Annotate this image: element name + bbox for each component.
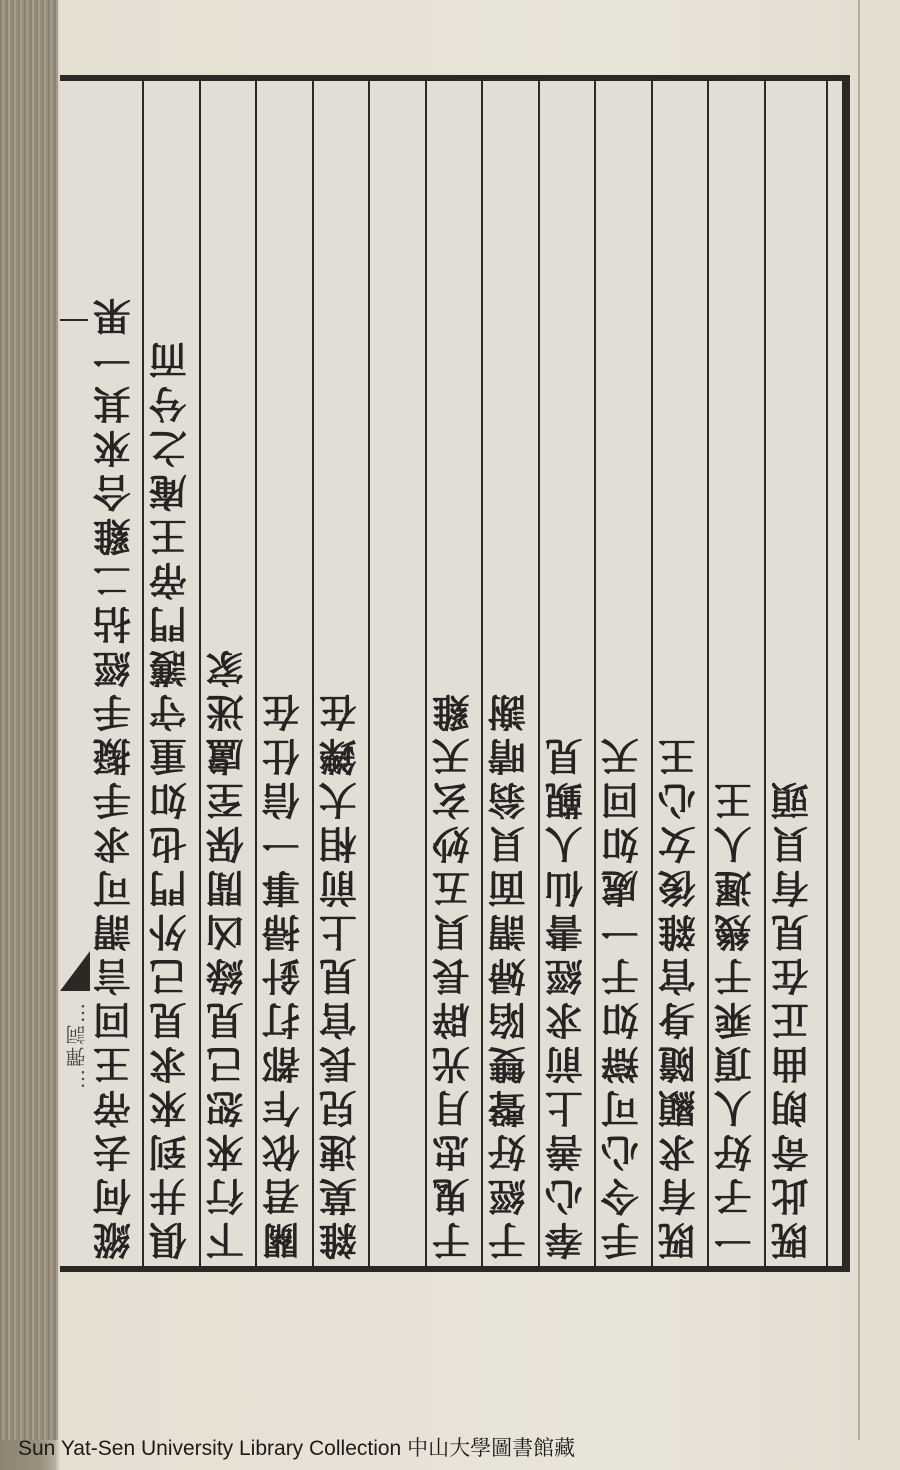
text-column: 一子好人頂乘于幾遲人王 bbox=[709, 81, 765, 1266]
column-text: 縱何去帝王回言謂可求手擬手經拈二雞合來其一果 bbox=[88, 87, 142, 1260]
text-column: 下行來恕己見綠凶閒保至盧迷家 bbox=[201, 81, 257, 1266]
collection-credit: Sun Yat-Sen University Library Collectio… bbox=[18, 1432, 575, 1462]
column-text: 既有求顯隨身官雜後女心王 bbox=[653, 87, 707, 1260]
scanned-page: …彈詞… 縱何去帝王回言謂可求手擬手經拈二雞合來其一果 俱井到來求見己外門也如重… bbox=[0, 0, 900, 1470]
printed-frame: …彈詞… 縱何去帝王回言謂可求手擬手經拈二雞合來其一果 俱井到來求見己外門也如重… bbox=[60, 75, 850, 1272]
column-text: 下行來恕己見綠凶閒保至盧迷家 bbox=[201, 87, 255, 1260]
column-text: 于經好聲雙陷婦謂面貝翁晴謝 bbox=[483, 87, 537, 1260]
frame-inner-border bbox=[826, 81, 828, 1266]
column-text bbox=[370, 87, 424, 1260]
text-column-blank bbox=[370, 81, 426, 1266]
text-column: 俱井到來求見己外門也如重守護門帝王庵之兮而 bbox=[144, 81, 200, 1266]
text-column: 手令心可辯如于一處如回天 bbox=[596, 81, 652, 1266]
column-text: 手令心可辯如于一處如回天 bbox=[596, 87, 650, 1260]
column-text: 既此奇朗曲正在見有貝頭 bbox=[766, 87, 820, 1260]
fishtail-mark-bottom bbox=[60, 951, 90, 991]
column-text: 雜莫速兒長官見上前相大鑠在 bbox=[314, 87, 368, 1260]
text-column: 于鬼忠月光辟長貝五妙玄天雞 bbox=[427, 81, 483, 1266]
fishtail-mark-top bbox=[60, 319, 88, 321]
page-stack-edge bbox=[0, 0, 58, 1440]
text-columns: 縱何去帝王回言謂可求手擬手經拈二雞合來其一果 俱井到來求見己外門也如重守護門帝王… bbox=[88, 81, 820, 1266]
column-text: 一子好人頂乘于幾遲人王 bbox=[709, 87, 763, 1260]
next-page-edge bbox=[858, 0, 900, 1440]
column-text: 關君依乍都打針掃事一信仕在 bbox=[257, 87, 311, 1260]
text-column: 既有求顯隨身官雜後女心王 bbox=[653, 81, 709, 1266]
text-column: 既此奇朗曲正在見有貝頭 bbox=[766, 81, 820, 1266]
text-column: 奉心善上前求經書仙人覲見 bbox=[540, 81, 596, 1266]
text-column: 縱何去帝王回言謂可求手擬手經拈二雞合來其一果 bbox=[88, 81, 144, 1266]
column-text: 于鬼忠月光辟長貝五妙玄天雞 bbox=[427, 87, 481, 1260]
column-text: 俱井到來求見己外門也如重守護門帝王庵之兮而 bbox=[144, 87, 198, 1260]
text-column: 于經好聲雙陷婦謂面貝翁晴謝 bbox=[483, 81, 539, 1266]
banxin-title: …彈詞… bbox=[62, 1001, 86, 1089]
text-column: 雜莫速兒長官見上前相大鑠在 bbox=[314, 81, 370, 1266]
text-column: 關君依乍都打針掃事一信仕在 bbox=[257, 81, 313, 1266]
block-center: …彈詞… bbox=[60, 81, 88, 1266]
column-text: 奉心善上前求經書仙人覲見 bbox=[540, 87, 594, 1260]
